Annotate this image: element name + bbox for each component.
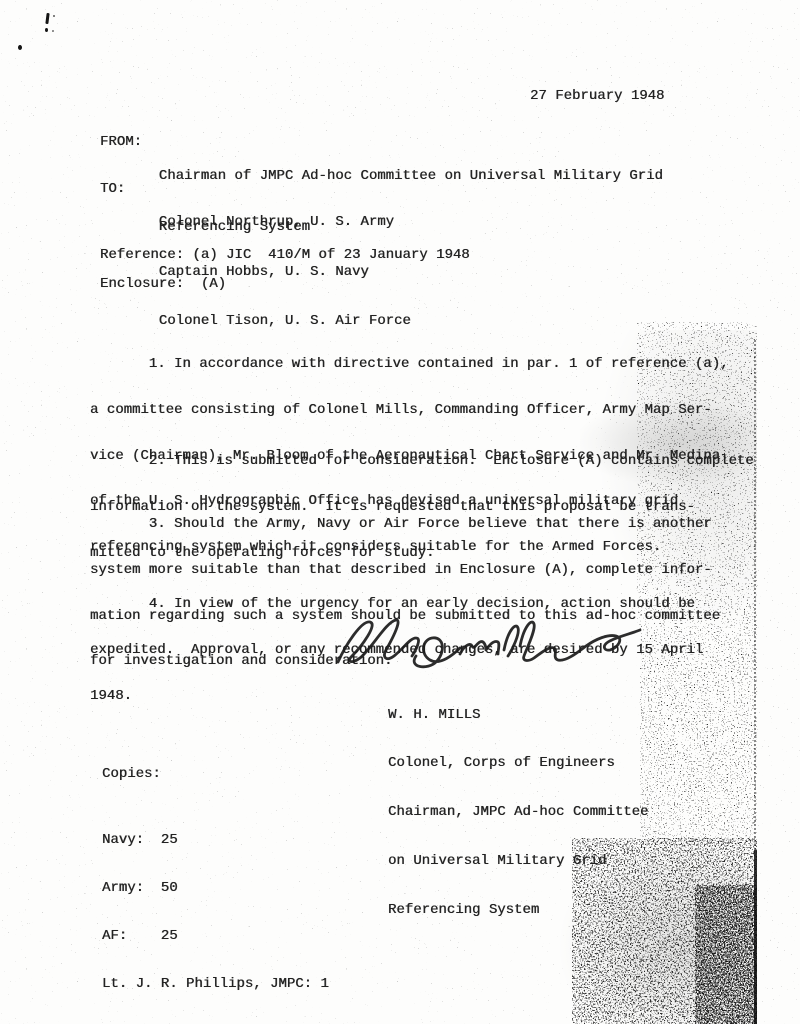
signature-block: W. H. MILLS Colonel, Corps of Engineers … bbox=[388, 674, 648, 951]
ink-mark bbox=[45, 13, 49, 24]
copies-entry: Army: 50 bbox=[102, 880, 329, 896]
text-line: a committee consisting of Colonel Mills,… bbox=[90, 403, 729, 418]
signer-name: W. H. MILLS bbox=[388, 707, 648, 723]
date-line: 27 February 1948 bbox=[530, 88, 664, 104]
ink-mark bbox=[52, 30, 54, 32]
enclosure-line: Enclosure: (A) bbox=[100, 276, 226, 292]
scan-edge-line bbox=[754, 340, 756, 850]
copies-entry: Lt. J. R. Phillips, JMPC: 1 bbox=[102, 976, 329, 992]
text-line: 1. In accordance with directive containe… bbox=[90, 357, 729, 372]
signer-title: Chairman, JMPC Ad-hoc Committee bbox=[388, 804, 648, 820]
ink-mark bbox=[18, 45, 22, 50]
ink-mark bbox=[45, 28, 48, 32]
scanned-letter-page: 27 February 1948 FROM: Chairman of JMPC … bbox=[0, 0, 800, 1024]
signer-title: Referencing System bbox=[388, 902, 648, 918]
text-line: 2. This is submitted for consideration. … bbox=[90, 454, 754, 469]
copies-entry: Navy: 25 bbox=[102, 832, 329, 848]
scan-edge-line bbox=[754, 850, 757, 1024]
scan-noise-corner bbox=[695, 885, 757, 1024]
copies-label: Copies: bbox=[102, 766, 161, 782]
reference-line: Reference: (a) JIC 410/M of 23 January 1… bbox=[100, 247, 470, 263]
text-line: 3. Should the Army, Navy or Air Force be… bbox=[90, 517, 720, 532]
copies-list: Navy: 25 Army: 50 AF: 25 Lt. J. R. Phill… bbox=[102, 800, 329, 1024]
handwritten-signature bbox=[330, 606, 650, 678]
signer-title: on Universal Military Grid bbox=[388, 853, 648, 869]
recipient-line: Colonel Northrup, U. S. Army bbox=[159, 214, 411, 231]
copies-entry: AF: 25 bbox=[102, 928, 329, 944]
signer-title: Colonel, Corps of Engineers bbox=[388, 755, 648, 771]
ink-mark bbox=[53, 15, 55, 17]
